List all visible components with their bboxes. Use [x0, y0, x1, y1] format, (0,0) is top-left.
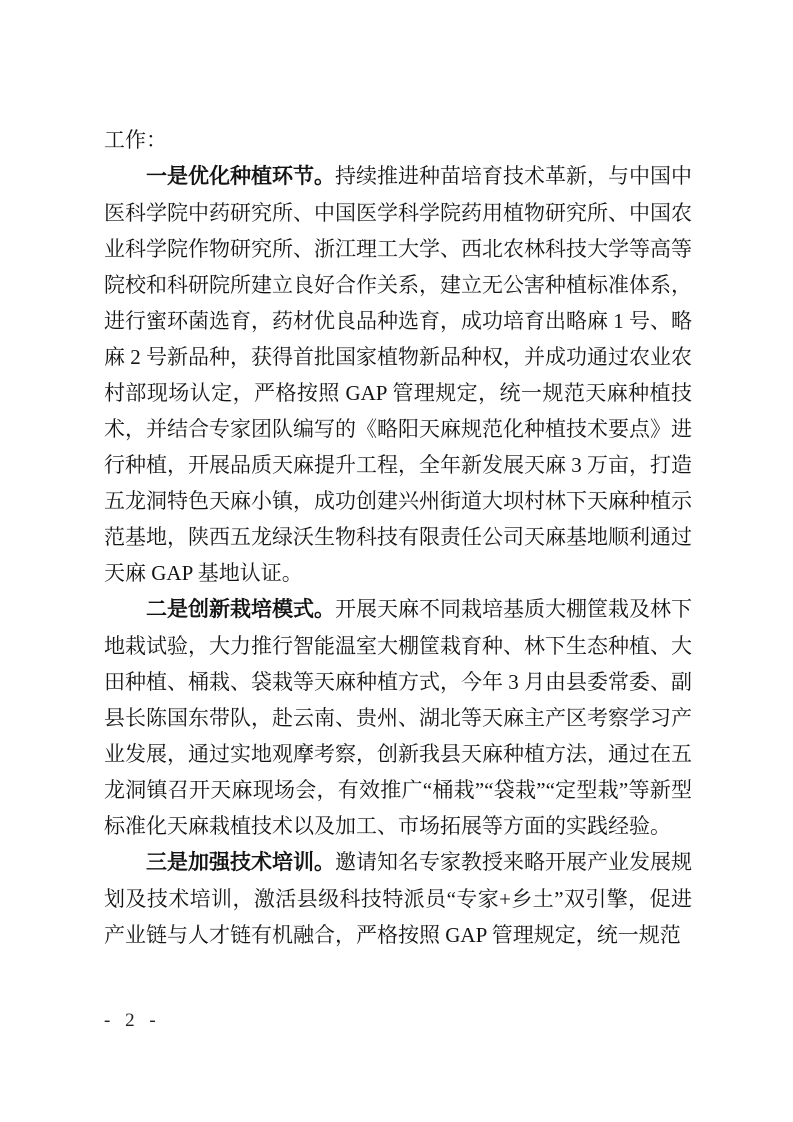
page-number: - 2 - [104, 1006, 161, 1036]
paragraph-continuation: 工作： [104, 122, 692, 158]
document-page: 工作： 一是优化种植环节。持续推进种苗培育技术革新，与中国中医科学院中药研究所、… [0, 0, 793, 1122]
paragraph-3: 三是加强技术培训。邀请知名专家教授来略开展产业发展规划及技术培训，激活县级科技特… [104, 844, 692, 953]
document-body: 工作： 一是优化种植环节。持续推进种苗培育技术革新，与中国中医科学院中药研究所、… [104, 122, 692, 953]
paragraph-1-text: 持续推进种苗培育技术革新，与中国中医科学院中药研究所、中国医学科学院药用植物研究… [104, 164, 692, 585]
paragraph-1-lead: 一是优化种植环节。 [146, 165, 335, 188]
paragraph-2-lead: 二是创新栽培模式。 [146, 598, 335, 621]
paragraph-1: 一是优化种植环节。持续推进种苗培育技术革新，与中国中医科学院中药研究所、中国医学… [104, 158, 692, 591]
paragraph-2: 二是创新栽培模式。开展天麻不同栽培基质大棚筐栽及林下地栽试验，大力推行智能温室大… [104, 591, 692, 844]
paragraph-3-lead: 三是加强技术培训。 [146, 851, 335, 874]
paragraph-2-text: 开展天麻不同栽培基质大棚筐栽及林下地栽试验，大力推行智能温室大棚筐栽育种、林下生… [104, 597, 692, 838]
